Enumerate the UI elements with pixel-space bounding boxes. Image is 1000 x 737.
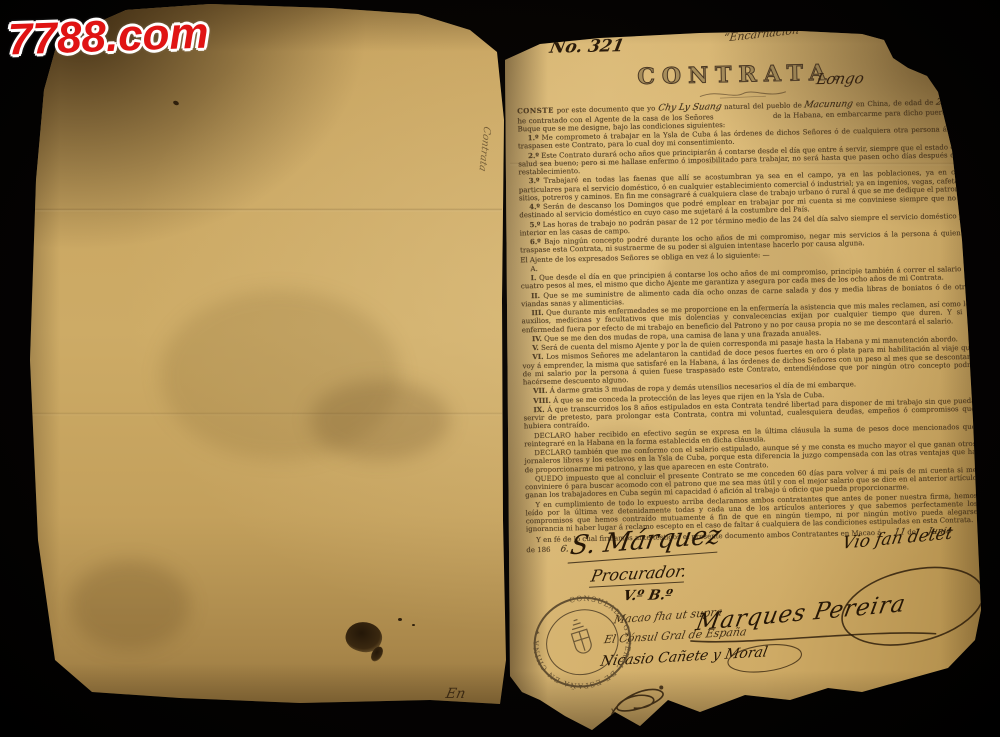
ship-name-annotation: “Encarnacion” [723,23,805,45]
emigrant-name-handwritten: Chy Ly Suang [657,102,722,114]
blank-gap [716,118,770,119]
contract-number: No. 321 [548,36,626,58]
site-watermark: 7788.com [7,9,209,66]
stamp-crest-icon [568,618,593,655]
corner-pencil-mark: 4 [886,28,895,41]
contract-body: CONSTE por este documento que yo Chy Ly … [517,97,978,556]
spine-annotation: Contrata [477,125,492,173]
ink-speck [172,100,179,106]
rubric-flourish [603,679,676,732]
photo-of-contract-document: Contrata En No. 321 “Encarnacion” 4 CONT… [0,0,1000,737]
title-flourish [698,87,788,101]
visto-bueno-mark: V.º B.º [622,587,674,604]
hometown-handwritten: Macunung [804,99,855,111]
paper-stain [310,380,450,460]
paper-stain [70,560,190,650]
title-row: CONTRATA. Longo [516,57,969,104]
contract-content: No. 321 “Encarnacion” 4 CONTRATA. Longo … [516,25,983,734]
crease-line [34,208,502,212]
contract-header: No. 321 “Encarnacion” 4 [516,25,969,64]
emigrant-name-annotation: Longo [815,69,866,88]
ink-speck [412,624,415,626]
year-handwritten: 6. [550,545,571,556]
ink-speck [398,618,402,621]
bottom-annotation: En [444,686,467,702]
age-handwritten: 24 [935,97,948,108]
